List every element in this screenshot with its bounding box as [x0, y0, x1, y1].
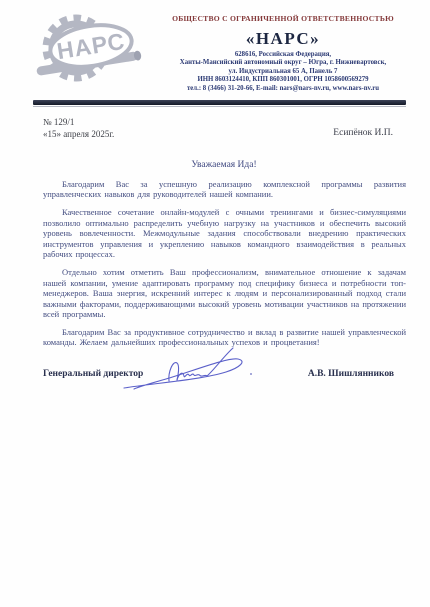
- body-paragraph: Отдельно хотим отметить Ваш профессионал…: [43, 267, 406, 319]
- body-paragraph: Качественное сочетание онлайн-модулей с …: [43, 207, 406, 259]
- letter-page: НАРС ОБЩЕСТВО С ОГРАНИЧЕННОЙ ОТВЕТСТВЕНН…: [0, 0, 430, 607]
- addressee-name: Есипёнок И.П.: [333, 128, 393, 138]
- address-line: Ханты-Мансийский автономный округ – Югра…: [152, 59, 414, 67]
- signature-ink-dot: [250, 373, 252, 375]
- address-line: 628616, Российская Федерация,: [152, 51, 414, 59]
- header-separator: [33, 100, 406, 107]
- separator-underline: [33, 106, 406, 107]
- separator-bar: [33, 100, 406, 105]
- company-details: 628616, Российская Федерация, Ханты-Манс…: [152, 51, 414, 93]
- letterhead: ОБЩЕСТВО С ОГРАНИЧЕННОЙ ОТВЕТСТВЕННОСТЬЮ…: [152, 14, 414, 93]
- handwritten-signature: [120, 346, 260, 394]
- signatory-name: А.В. Шишлянников: [308, 369, 394, 379]
- address-line: ул. Индустриальная 65 А, Панель 7: [152, 68, 414, 76]
- letter-number: № 129/1: [43, 117, 114, 129]
- company-name: «НАРС»: [152, 29, 414, 49]
- address-line: ИНН 8603124410, КПП 860301001, ОГРН 1058…: [152, 76, 414, 84]
- org-type-heading: ОБЩЕСТВО С ОГРАНИЧЕННОЙ ОТВЕТСТВЕННОСТЬЮ: [152, 14, 414, 23]
- letter-body: Благодарим Вас за успешную реализацию ко…: [43, 179, 406, 355]
- address-line: тел.: 8 (3466) 31-20-66, E-mail: nars@na…: [152, 85, 414, 93]
- body-paragraph: Благодарим Вас за продуктивное сотруднич…: [43, 327, 406, 348]
- letter-date: «15» апреля 2025г.: [43, 129, 114, 141]
- company-logo-icon: НАРС: [34, 10, 146, 92]
- letter-meta: № 129/1 «15» апреля 2025г.: [43, 117, 114, 140]
- body-paragraph: Благодарим Вас за успешную реализацию ко…: [43, 179, 406, 200]
- salutation: Уважаемая Ида!: [43, 160, 405, 170]
